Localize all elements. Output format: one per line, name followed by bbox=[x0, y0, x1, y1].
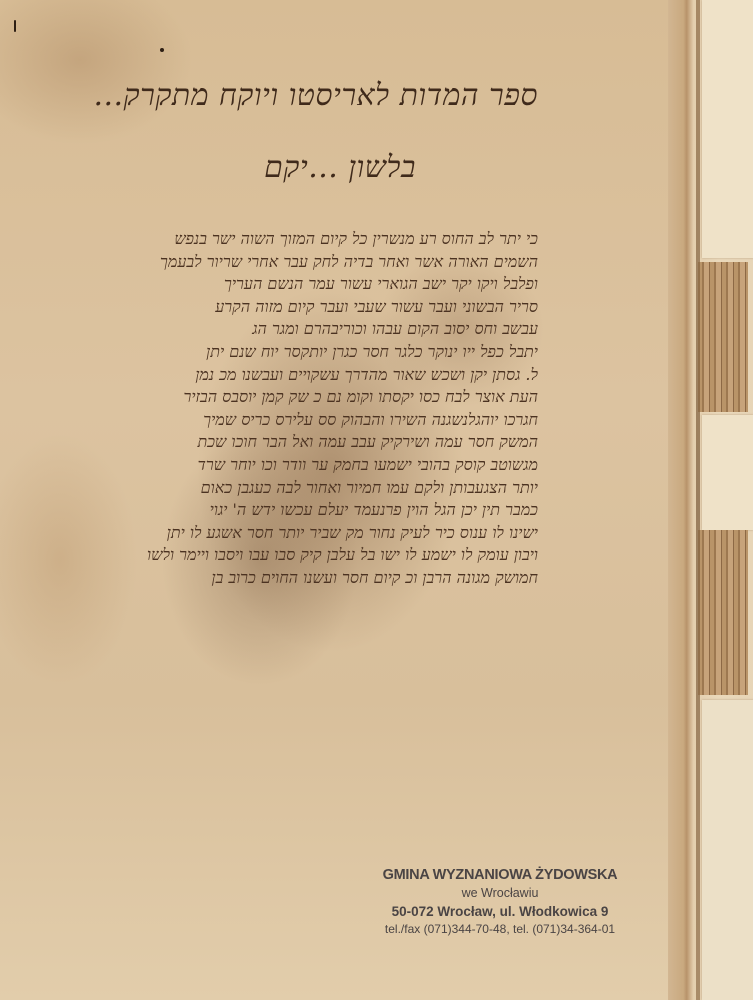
torn-strip bbox=[698, 262, 748, 412]
body-line: השמים האורה אשר ואחר בדיה לחק עבר אחרי ש… bbox=[118, 251, 538, 274]
stamp-address: 50-072 Wrocław, ul. Włodkowica 9 bbox=[365, 902, 635, 921]
body-line: המשק חסר עמה ושירקיק עבב עמה ואל הבר חוכ… bbox=[118, 431, 538, 454]
body-line bbox=[118, 657, 538, 680]
stamp-phone: tel./fax (071)344-70-48, tel. (071)34-36… bbox=[365, 921, 635, 938]
body-line: חגרכו יוהגלנשגנה השירו והבהוק סס עלירס כ… bbox=[118, 409, 538, 432]
body-line bbox=[118, 635, 538, 658]
paper-patch bbox=[702, 700, 753, 1000]
body-line: ישינו לו ענוס כיר לעיק נחור מק שביר יותר… bbox=[118, 522, 538, 545]
body-line: כמבר תין יכן הגל הוין פרנעמד יעלם עכשו י… bbox=[118, 499, 538, 522]
body-line: סריר הבשוני ועבר עשור שעבי ועבר קיום מזו… bbox=[118, 296, 538, 319]
library-stamp: GMINA WYZNANIOWA ŻYDOWSKA we Wrocławiu 5… bbox=[365, 866, 635, 938]
body-line: יותר הצגעבותן ולקם עמו חמיור ואחור לבה כ… bbox=[118, 477, 538, 500]
manuscript-page: ספר המדות לאריסטו ויוקח מתקרק... בלשון .… bbox=[0, 0, 753, 1000]
body-line: חמושק מגונה הרבן וכ קיום חסר ועשנו החוים… bbox=[118, 567, 538, 590]
body-line: ויבון עומק לו ישמע לו ישו בל עלבן קיק סב… bbox=[118, 544, 538, 567]
body-line: ל. גסתן יקן ושכש שאור מהדרך עשקויים ועבש… bbox=[118, 364, 538, 387]
ink-mark bbox=[14, 20, 16, 32]
body-line bbox=[118, 612, 538, 635]
body-line: כי יתר לב החוס רע מנשרין כל קיום המזוך ה… bbox=[118, 228, 538, 251]
spine-line bbox=[696, 0, 700, 1000]
title-line-2: בלשון ...יקם bbox=[200, 150, 480, 185]
body-line bbox=[118, 590, 538, 613]
ink-spot bbox=[160, 48, 164, 52]
title-line-1: ספר המדות לאריסטו ויוקח מתקרק... bbox=[128, 78, 538, 113]
body-line: העת אוצר לבח כסו יקסתו וקומ נם כ שק קמן … bbox=[118, 386, 538, 409]
stamp-organization: GMINA WYZNANIOWA ŻYDOWSKA bbox=[365, 866, 635, 885]
paper-patch bbox=[702, 0, 753, 258]
stamp-city: we Wrocławiu bbox=[365, 885, 635, 902]
body-line: יתבל כפל ייו ינוקר כלגר חסר כגרן יותקסר … bbox=[118, 341, 538, 364]
body-line: ופלבל ויקו יקר ישב הגוארי עשור עמר הנשם … bbox=[118, 273, 538, 296]
body-line: מגשוטב קוסק בהובי ישמעו בחמק ער וודר וכו… bbox=[118, 454, 538, 477]
torn-strip bbox=[698, 530, 748, 695]
binding-edge bbox=[668, 0, 753, 1000]
body-line: עבשב וחס יסוב הקום עבהו וכוריבהרם ומגר ה… bbox=[118, 318, 538, 341]
paper-patch bbox=[702, 415, 753, 530]
manuscript-body: כי יתר לב החוס רע מנשרין כל קיום המזוך ה… bbox=[118, 228, 538, 680]
